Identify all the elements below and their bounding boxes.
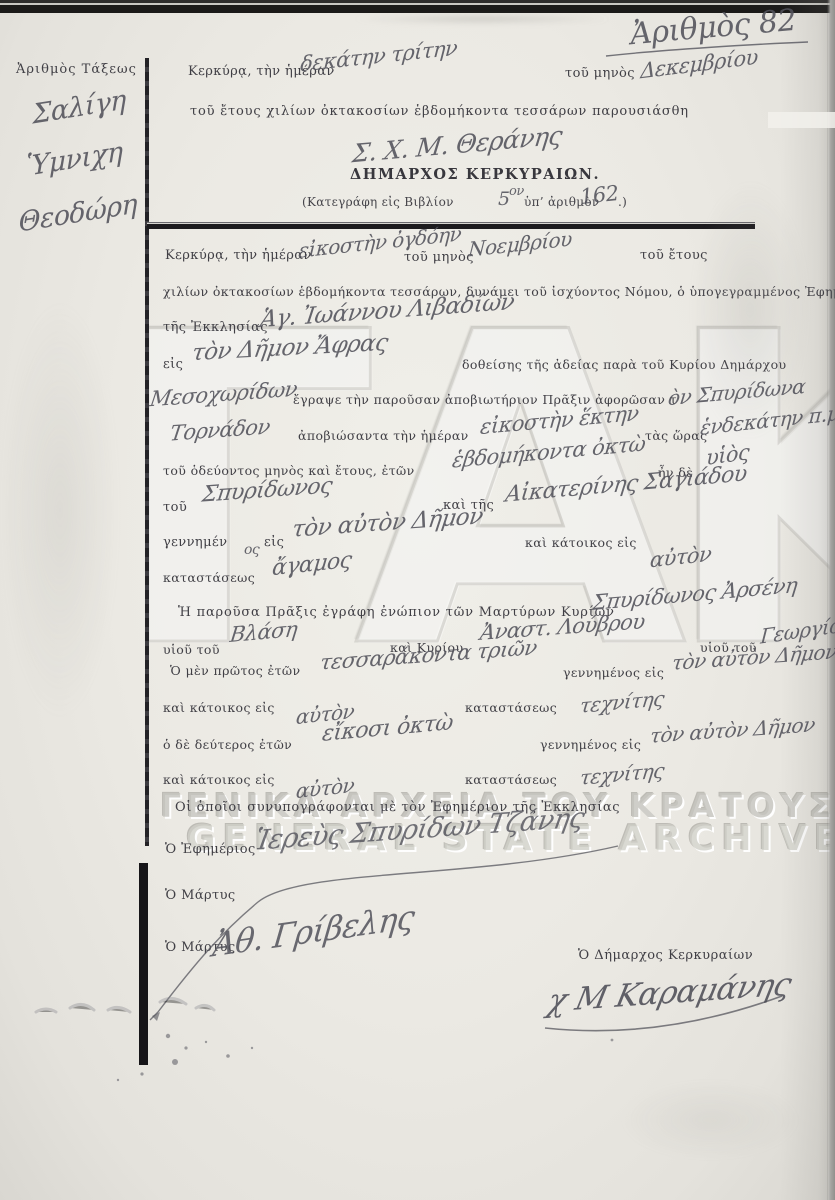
printed-act-place-day-label: Κερκύρᾳ, τὴν ἡμέραν — [165, 248, 312, 263]
page-fold-shadow — [780, 0, 828, 1200]
bleedthrough-smudge — [620, 1080, 800, 1160]
scanned-document-page: ΓΑΚ ΓΕΝΙΚΑ ΑΡΧΕΙΑ ΤΟΥ ΚΡΑΤΟΥΣ GENERAL ST… — [0, 0, 835, 1200]
handwritten-witness2-residence: αὐτὸν — [295, 773, 356, 804]
printed-born-in-label: γεννημένος εἰς — [540, 737, 641, 752]
printed-and-resident-label: καὶ κάτοικος εἰς — [525, 535, 637, 550]
printed-first-witness-age-label: Ὁ μὲν πρῶτος ἐτῶν — [170, 663, 301, 678]
printed-act-month-label: τοῦ μηνὸς — [404, 250, 474, 265]
handwritten-margin-entry: Σαλίγη — [32, 84, 126, 130]
handwritten-mayor-signature: χ Μ Καραμάνης — [544, 966, 794, 1020]
printed-in-label: εἰς — [264, 535, 284, 550]
printed-resident-label: καὶ κάτοικος εἰς — [163, 772, 275, 787]
margin-ink-bar — [139, 863, 148, 1065]
handwritten-birthplace: τὸν αὐτὸν Δῆμον — [290, 503, 484, 543]
mayor-label: Ὁ Δήμαρχος Κερκυραίων — [578, 948, 753, 963]
handwritten-registration-day: δεκάτην τρίτην — [300, 36, 459, 77]
handwritten-status: ἄγαμος — [271, 548, 353, 582]
printed-resident-label: καὶ κάτοικος εἰς — [163, 700, 275, 715]
handwritten-official-signature: Σ. Χ. Μ. Θεράνης — [351, 121, 564, 169]
priest-label: Ὁ Ἐφημέριος — [165, 842, 256, 857]
handwritten-residence: αὐτὸν — [649, 542, 713, 573]
printed-son-of-label: τοῦ — [163, 500, 187, 515]
printed-died-on-day-label: ἀποβιώσαντα τὴν ἡμέραν — [298, 428, 469, 443]
handwritten-witness-signature: Ἀθ. Γρίβελης — [211, 897, 416, 964]
printed-status-label: καταστάσεως — [163, 570, 255, 585]
printed-status-label: καταστάσεως — [465, 772, 557, 787]
printed-registered-in-book-label: (Κατεγράφη εἰς Βιβλίον — [302, 195, 454, 209]
witness1-label: Ὁ Μάρτυς — [165, 888, 236, 903]
handwritten-margin-entry: Ὑμνιχη — [26, 136, 122, 182]
bleedthrough-smudge — [352, 14, 612, 24]
handwritten-parish-continued: Μεσοχωρίδων — [148, 377, 298, 412]
handwritten-gender-suffix: ος — [244, 542, 259, 558]
handwritten-margin-entry: Θεοδώρη — [18, 188, 137, 238]
underlying-page-edge — [768, 112, 835, 128]
column-divider-rule — [145, 58, 149, 846]
handwritten-book-number: 5 — [498, 188, 510, 210]
handwritten-book-number-suffix: ον — [509, 184, 524, 199]
handwritten-witness1-name: Σπυρίδωνος Ἀρσένη — [591, 573, 799, 615]
printed-permission-of-mayor-line: δοθείσης τῆς ἀδείας παρὰ τοῦ Κυρίου Δημά… — [462, 357, 787, 372]
margin-column-title: Ἀριθμὸς Τάξεως — [16, 62, 137, 77]
mayor-of-corfu-heading: ΔΗΜΑΡΧΟΣ ΚΕΡΚΥΡΑΙΩΝ. — [350, 166, 600, 183]
handwritten-registration-month: Δεκεμβρίου — [640, 45, 759, 84]
printed-son-of-label: υἱοῦ τοῦ — [163, 642, 220, 657]
handwritten-act-month: Νοεμβρίου — [467, 226, 572, 261]
printed-month-label: τοῦ μηνὸς — [565, 66, 635, 81]
printed-of-the-year-label: τοῦ ἔτους — [640, 248, 708, 263]
handwritten-parish-place: τὸν Δῆμον Ἄφρας — [190, 330, 390, 366]
handwritten-deceased-surname: Τορνάδον — [168, 414, 271, 445]
scan-right-edge — [827, 0, 835, 1200]
printed-in-label: εἰς — [163, 357, 183, 372]
printed-born-in-label: γεννημένος εἰς — [563, 665, 664, 680]
handwritten-record-number: 162 — [579, 181, 620, 209]
printed-of-the-church-label: τῆς Ἐκκλησίας — [163, 320, 268, 335]
handwritten-witness1-father: Βλάση — [229, 617, 299, 647]
printed-status-label: καταστάσεως — [465, 700, 557, 715]
handwritten-witness1-status: τεχνίτης — [579, 686, 666, 718]
bleedthrough-smudge — [0, 300, 120, 720]
handwritten-witness2-status: τεχνίτης — [579, 758, 666, 790]
handwritten-father-name: Σπυρίδωνος — [200, 473, 333, 507]
printed-year-presented-line: τοῦ ἔτους χιλίων ὀκτακοσίων ἑβδομήκοντα … — [190, 104, 689, 119]
printed-born-label: γεννημέν — [163, 535, 227, 550]
handwritten-mother-name: Αἰκατερίνης Σαγιάδου — [504, 461, 748, 507]
printed-close-paren: .) — [618, 195, 627, 209]
printed-at-hours-label: τὰς ὥρας — [645, 428, 708, 443]
printed-second-witness-age-label: ὁ δὲ δεύτερος ἐτῶν — [163, 737, 292, 752]
